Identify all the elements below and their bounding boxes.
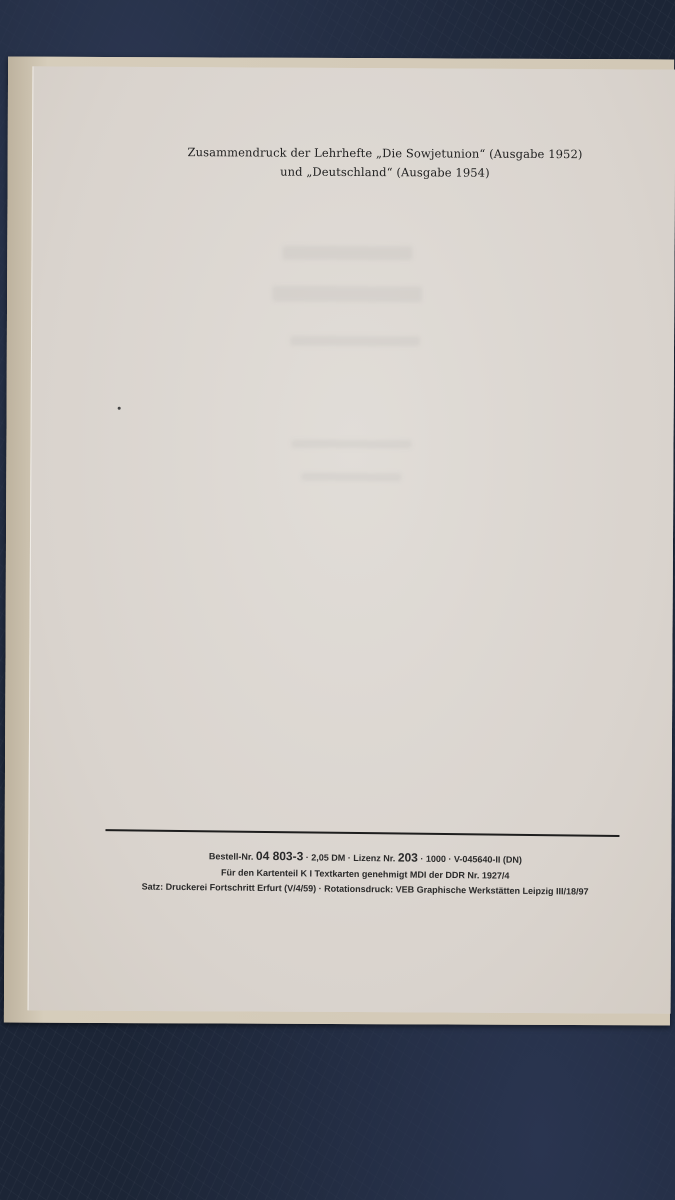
reprint-note-line-1: Zusammendruck der Lehrhefte „Die Sowjetu… <box>185 143 585 164</box>
imprint-block: Bestell-Nr. 04 803-3 · 2,05 DM · Lizenz … <box>95 847 636 901</box>
show-through-text <box>272 286 422 303</box>
reprint-note-line-2: und „Deutschland“ (Ausgabe 1954) <box>185 162 585 183</box>
order-number: 04 803-3 <box>256 849 304 864</box>
reprint-note: Zusammendruck der Lehrhefte „Die Sowjetu… <box>185 143 585 183</box>
show-through-text <box>290 336 420 347</box>
book-page: Zusammendruck der Lehrhefte „Die Sowjetu… <box>28 66 675 1013</box>
imprint-divider <box>105 829 619 837</box>
show-through-text <box>301 473 401 482</box>
paper-speck <box>118 407 121 410</box>
license-number: 203 <box>398 850 418 864</box>
show-through-text <box>291 440 411 449</box>
show-through-text <box>282 246 412 261</box>
